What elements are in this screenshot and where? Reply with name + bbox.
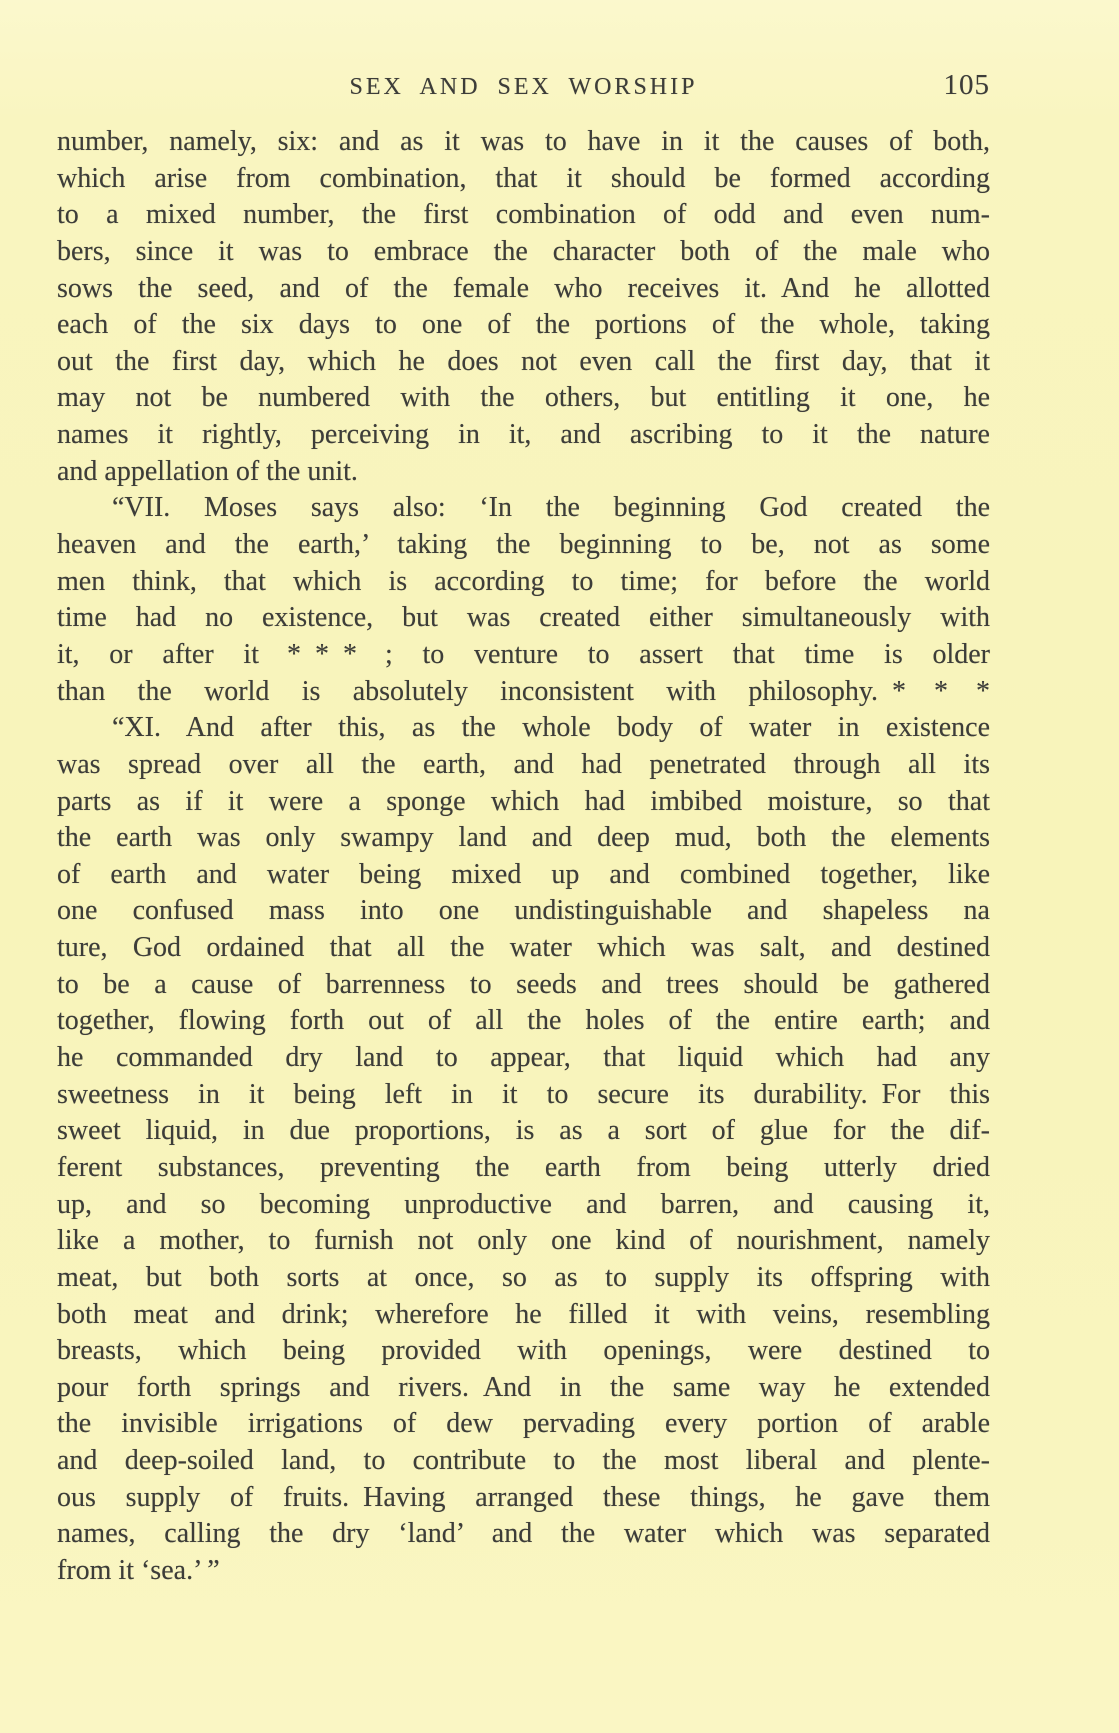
text-line: of earth and water being mixed up and co… (57, 857, 990, 894)
text-line: sweet liquid, in due proportions, is as … (57, 1113, 990, 1150)
text-line: was spread over all the earth, and had p… (57, 747, 990, 784)
text-line: pour forth springs and rivers. And in th… (57, 1370, 990, 1407)
text-line: names it rightly, perceiving in it, and … (57, 417, 990, 454)
page-body-text: number, namely, six: and as it was to ha… (57, 124, 990, 1590)
page-number: 105 (944, 69, 991, 102)
text-line: ture, God ordained that all the water wh… (57, 930, 990, 967)
text-line: “XI. And after this, as the whole body o… (57, 710, 990, 747)
text-line: time had no existence, but was created e… (57, 600, 990, 637)
text-line: the invisible irrigations of dew pervadi… (57, 1406, 990, 1443)
text-line: and appellation of the unit. (57, 454, 990, 491)
text-line: together, flowing forth out of all the h… (57, 1003, 990, 1040)
text-line: “VII. Moses says also: ‘In the beginning… (57, 490, 990, 527)
book-page: SEX AND SEX WORSHIP 105 number, namely, … (0, 0, 1119, 1733)
text-line: and deep-soiled land, to contribute to t… (57, 1443, 990, 1480)
text-line: heaven and the earth,’ taking the beginn… (57, 527, 990, 564)
text-line: which arise from combination, that it sh… (57, 161, 990, 198)
text-line: one confused mass into one undistinguish… (57, 893, 990, 930)
text-line: each of the six days to one of the porti… (57, 307, 990, 344)
page-header: SEX AND SEX WORSHIP 105 (57, 74, 990, 116)
text-line: from it ‘sea.’ ” (57, 1553, 990, 1590)
text-line: ous supply of fruits. Having arranged th… (57, 1480, 990, 1517)
text-line: he commanded dry land to appear, that li… (57, 1040, 990, 1077)
text-line: sweetness in it being left in it to secu… (57, 1077, 990, 1114)
text-line: than the world is absolutely inconsisten… (57, 674, 990, 711)
text-line: breasts, which being provided with openi… (57, 1333, 990, 1370)
text-line: to be a cause of barrenness to seeds and… (57, 967, 990, 1004)
text-line: ferent substances, preventing the earth … (57, 1150, 990, 1187)
text-line: both meat and drink; wherefore he filled… (57, 1297, 990, 1334)
text-line: bers, since it was to embrace the charac… (57, 234, 990, 271)
running-header-title: SEX AND SEX WORSHIP (57, 74, 990, 100)
text-line: number, namely, six: and as it was to ha… (57, 124, 990, 161)
text-line: like a mother, to furnish not only one k… (57, 1223, 990, 1260)
text-line: up, and so becoming unproductive and bar… (57, 1187, 990, 1224)
text-line: may not be numbered with the others, but… (57, 380, 990, 417)
text-line: the earth was only swampy land and deep … (57, 820, 990, 857)
text-line: out the first day, which he does not eve… (57, 344, 990, 381)
text-line: it, or after it * * * ; to venture to as… (57, 637, 990, 674)
text-line: sows the seed, and of the female who rec… (57, 271, 990, 308)
scanned-book-page: { "colors": { "paper": "#f8f4ba", "ink":… (0, 0, 1119, 1733)
text-line: men think, that which is according to ti… (57, 564, 990, 601)
text-line: to a mixed number, the first combination… (57, 197, 990, 234)
text-line: parts as if it were a sponge which had i… (57, 784, 990, 821)
text-line: names, calling the dry ‘land’ and the wa… (57, 1516, 990, 1553)
text-line: meat, but both sorts at once, so as to s… (57, 1260, 990, 1297)
